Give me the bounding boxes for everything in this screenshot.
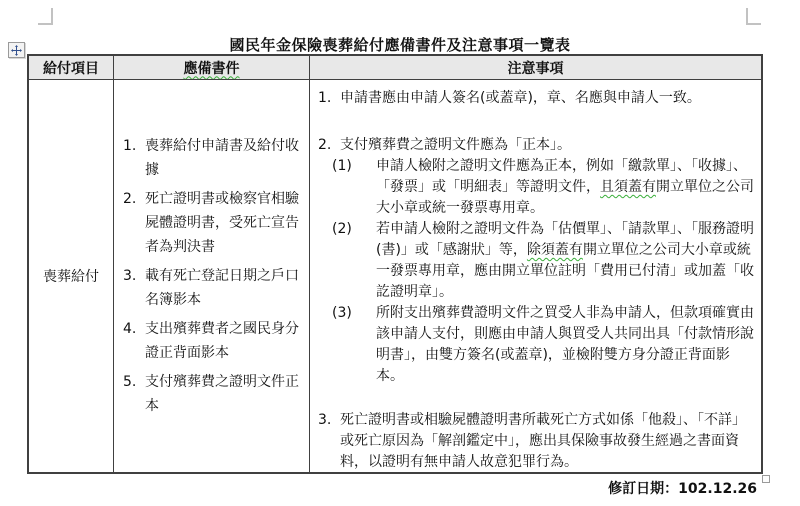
header-benefit-item: 給付項目 <box>29 56 114 80</box>
list-item-text: 死亡證明書或檢察官相驗屍體證明書，受死亡宣告者為判決書 <box>145 187 303 259</box>
list-item-number: 4. <box>123 317 145 365</box>
revision-date: 修訂日期：102.12.26 <box>608 478 757 498</box>
list-item-number: 1. <box>123 134 145 182</box>
text-boundary-corner-left <box>38 8 53 25</box>
list-item-number: 3. <box>123 264 145 312</box>
sub-item-text: 所附支出殯葬費證明文件之買受人非為申請人，但款項確實由該申請人支付，則應由申請人… <box>376 303 756 387</box>
note-item-3: 3. 死亡證明書或相驗屍體證明書所載死亡方式如係「他殺」、「不詳」或死亡原因為「… <box>318 410 756 472</box>
page-title: 國民年金保險喪葬給付應備書件及注意事項一覽表 <box>0 34 800 55</box>
note-text: 申請書應由申請人簽名(或蓋章)，章、名應與申請人一致。 <box>340 88 756 109</box>
note-item-2: 2. 支付殯葬費之證明文件應為「正本」。 <box>318 135 756 156</box>
sub-item-marker: (2) <box>332 219 376 303</box>
header-benefit-item-label: 給付項目 <box>43 58 99 78</box>
list-item: 2. 死亡證明書或檢察官相驗屍體證明書，受死亡宣告者為判決書 <box>123 187 303 259</box>
table-resize-handle[interactable] <box>762 475 770 483</box>
notes-cell: 1. 申請書應由申請人簽名(或蓋章)，章、名應與申請人一致。 2. 支付殯葬費之… <box>310 80 761 472</box>
benefit-table: 給付項目 應備書件 注意事項 喪葬給付 1. 喪葬給付申請書及給付收據 2. 死… <box>27 54 763 474</box>
blank-line <box>318 109 756 135</box>
benefit-item-label: 喪葬給付 <box>43 266 99 286</box>
sub-text-grammar-flagged: 且須蓋有 <box>600 179 656 195</box>
sub-text-pre: 所附支出殯葬費證明文件之買受人非為申請人，但款項確實由該申請人支付，則應由申請人… <box>376 305 754 384</box>
note-number: 3. <box>318 410 340 472</box>
text-boundary-corner-right <box>746 8 761 25</box>
blank-line <box>318 387 756 410</box>
benefit-item-cell: 喪葬給付 <box>29 80 114 472</box>
list-item: 5. 支付殯葬費之證明文件正本 <box>123 370 303 418</box>
note-number: 2. <box>318 135 340 156</box>
note-sub-item-3: (3) 所附支出殯葬費證明文件之買受人非為申請人，但款項確實由該申請人支付，則應… <box>332 303 756 387</box>
note-item-1: 1. 申請書應由申請人簽名(或蓋章)，章、名應與申請人一致。 <box>318 88 756 109</box>
header-notes-label: 注意事項 <box>508 58 564 78</box>
note-sub-item-2: (2) 若申請人檢附之證明文件為「估價單」、「請款單」、「服務證明(書)」或「感… <box>332 219 756 303</box>
required-documents-cell: 1. 喪葬給付申請書及給付收據 2. 死亡證明書或檢察官相驗屍體證明書，受死亡宣… <box>114 80 310 472</box>
list-item: 3. 載有死亡登記日期之戶口名簿影本 <box>123 264 303 312</box>
note-text: 死亡證明書或相驗屍體證明書所載死亡方式如係「他殺」、「不詳」或死亡原因為「解剖鑑… <box>340 410 756 472</box>
sub-item-marker: (3) <box>332 303 376 387</box>
list-item-text: 喪葬給付申請書及給付收據 <box>145 134 303 182</box>
note-number: 1. <box>318 88 340 109</box>
header-required-documents: 應備書件 <box>114 56 310 80</box>
header-notes: 注意事項 <box>310 56 761 80</box>
list-item-text: 支出殯葬費者之國民身分證正背面影本 <box>145 317 303 365</box>
note-text: 支付殯葬費之證明文件應為「正本」。 <box>340 135 756 156</box>
list-item-number: 5. <box>123 370 145 418</box>
sub-text-grammar-flagged: 除須蓋有 <box>527 242 583 258</box>
header-required-documents-label: 應備書件 <box>184 58 240 78</box>
note-sub-item-1: (1) 申請人檢附之證明文件應為正本，例如「繳款單」、「收據」、「發票」或「明細… <box>332 156 756 219</box>
sub-item-marker: (1) <box>332 156 376 219</box>
sub-item-text: 申請人檢附之證明文件應為正本，例如「繳款單」、「收據」、「發票」或「明細表」等證… <box>376 156 756 219</box>
list-item: 1. 喪葬給付申請書及給付收據 <box>123 134 303 182</box>
sub-item-text: 若申請人檢附之證明文件為「估價單」、「請款單」、「服務證明(書)」或「感謝狀」等… <box>376 219 756 303</box>
list-item-number: 2. <box>123 187 145 259</box>
list-item-text: 載有死亡登記日期之戶口名簿影本 <box>145 264 303 312</box>
list-item: 4. 支出殯葬費者之國民身分證正背面影本 <box>123 317 303 365</box>
list-item-text: 支付殯葬費之證明文件正本 <box>145 370 303 418</box>
